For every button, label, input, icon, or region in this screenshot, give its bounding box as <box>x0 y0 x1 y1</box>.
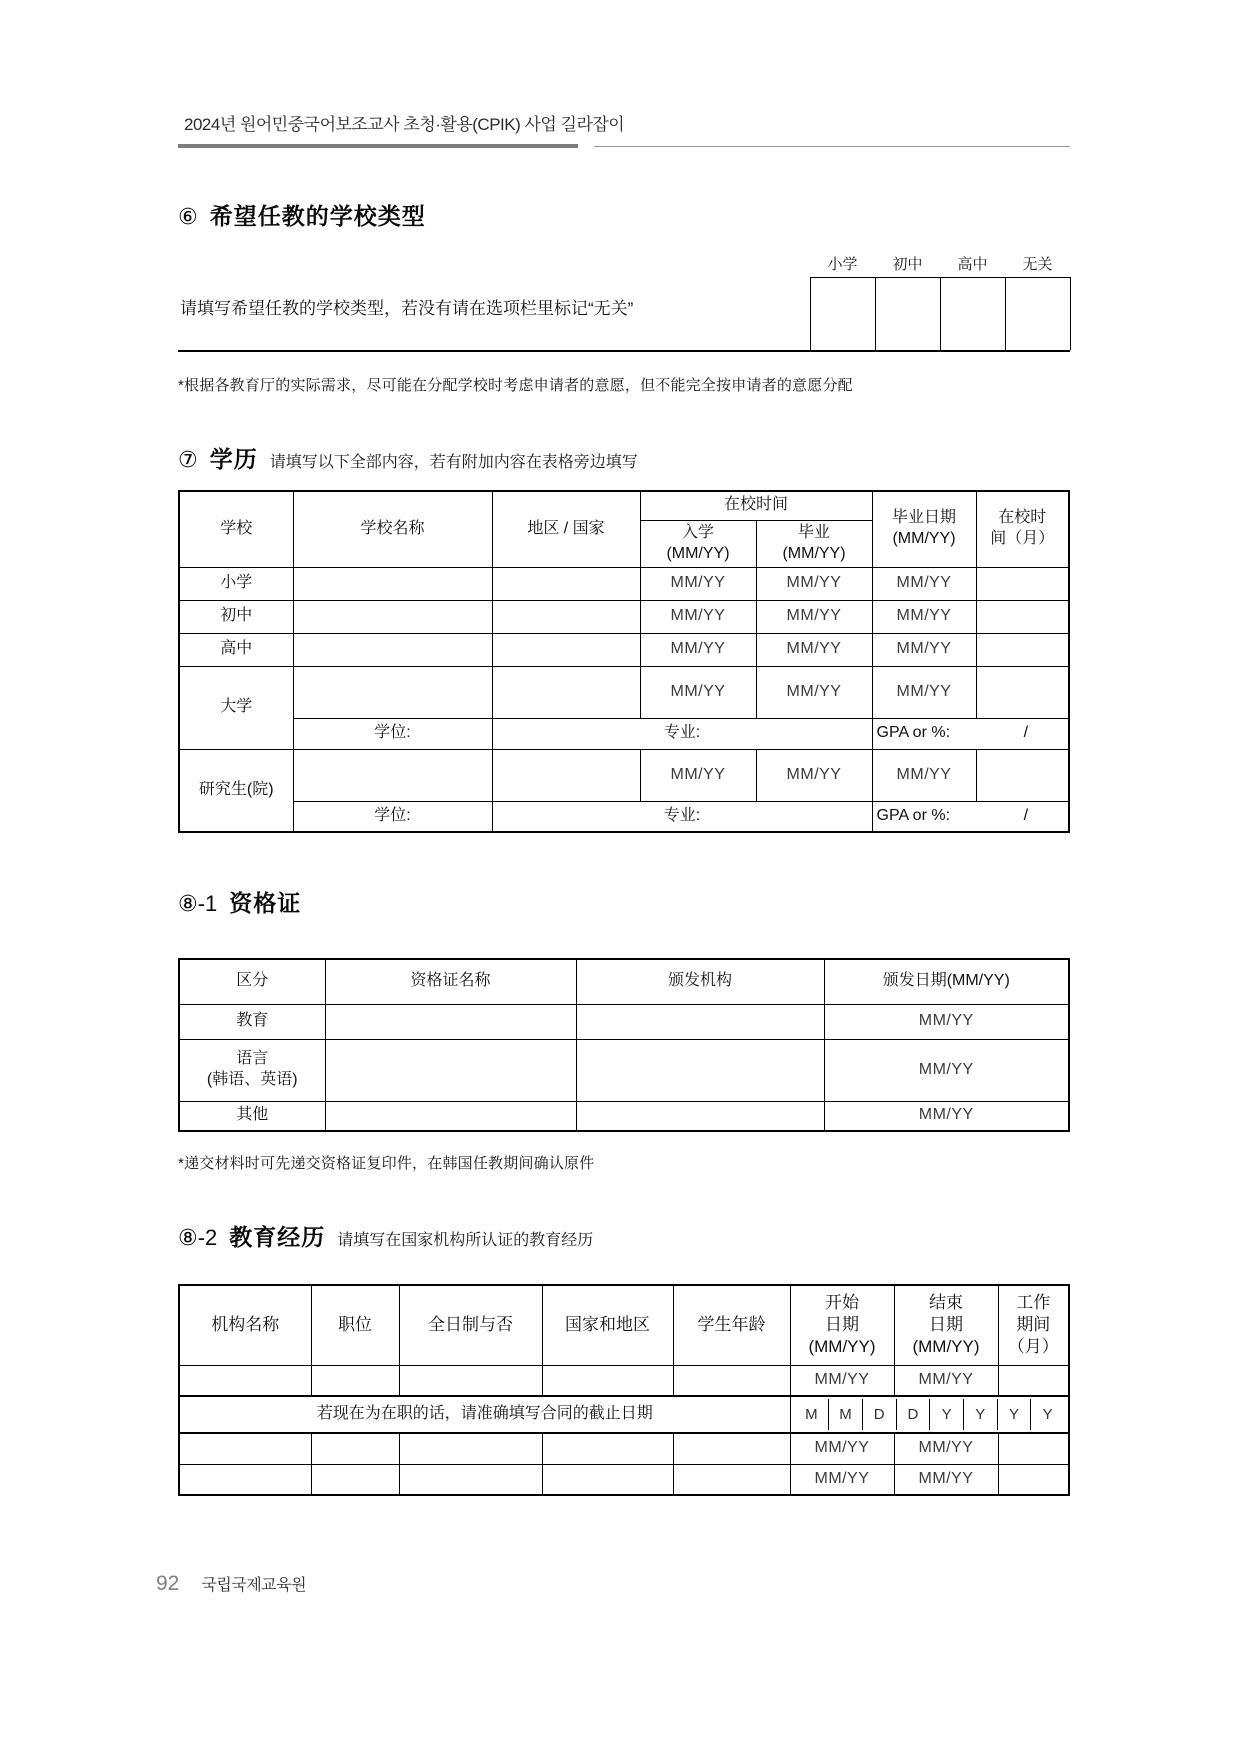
section8-2-number: ⑧-2 <box>178 1225 217 1251</box>
edu-university-degree-field: 学位: <box>293 718 492 749</box>
edu-header-entry: 入学 (MM/YY) <box>640 521 756 568</box>
section6-title: ⑥ 希望任教的学校类型 <box>178 198 1070 231</box>
cert-row-other: 其他 MM/YY <box>179 1101 1069 1131</box>
school-preference-options: 小学 初中 高中 无关 <box>810 253 1070 350</box>
cert-label-language: 语言 (韩语、英语) <box>179 1039 325 1101</box>
page-footer: 92 국립국제교육원 <box>156 1572 306 1596</box>
section6-heading: 希望任教的学校类型 <box>210 198 426 231</box>
section7-subtitle: 请填写以下全部内容，若有附加内容在表格旁边填写 <box>270 449 638 472</box>
document-title: 2024년 원어민중국어보조교사 초청·활용(CPIK) 사업 길라잡이 <box>178 110 1070 135</box>
edu-row-university: 大学 MM/YY MM/YY MM/YY <box>179 666 1069 718</box>
edu-elementary-grad-date-field: MM/YY <box>872 567 976 600</box>
edu-elementary-name-field <box>293 567 492 600</box>
option-label-none: 无关 <box>1005 253 1070 277</box>
edu-graduate-name-field <box>293 749 492 801</box>
edu-header-region: 地区 / 国家 <box>492 491 640 568</box>
exp-header-position: 职位 <box>311 1285 399 1365</box>
section7-number: ⑦ <box>178 447 198 473</box>
edu-university-grad-date-field: MM/YY <box>872 666 976 718</box>
exp-header-row: 机构名称 职位 全日制与否 国家和地区 学生年龄 开始 日期 (MM/YY) 结… <box>179 1285 1069 1365</box>
option-label-elementary: 小学 <box>810 253 875 277</box>
cert-language-date-field: MM/YY <box>824 1039 1069 1101</box>
edu-elementary-months-field <box>976 567 1069 600</box>
exp-header-fulltime: 全日制与否 <box>399 1285 542 1365</box>
cert-header-issue-date: 颁发日期(MM/YY) <box>824 959 1069 1004</box>
edu-header-period: 在校时间 <box>640 491 872 521</box>
cert-header-name: 资格证名称 <box>325 959 576 1004</box>
edu-university-gpa-field: GPA or %: / <box>872 718 1069 749</box>
exp-header-country: 国家和地区 <box>542 1285 673 1365</box>
exp-row3-start-field: MM/YY <box>790 1464 894 1495</box>
school-preference-instruction: 请填写希望任教的学校类型，若没有请在选项栏里标记“无关” <box>178 253 810 350</box>
edu-elementary-grad-field: MM/YY <box>756 567 872 600</box>
exp-row3-end-field: MM/YY <box>894 1464 998 1495</box>
option-cell-none <box>1006 278 1071 350</box>
cert-row-language: 语言 (韩语、英语) MM/YY <box>179 1039 1069 1101</box>
exp-header-end-date: 结束 日期 (MM/YY) <box>894 1285 998 1365</box>
exp-header-org: 机构名称 <box>179 1285 311 1365</box>
edu-university-major-field: 专业: <box>492 718 872 749</box>
option-label-high: 高中 <box>940 253 1005 277</box>
section7-heading: 学历 <box>210 441 258 474</box>
exp-header-student-age: 学生年龄 <box>673 1285 790 1365</box>
edu-university-entry-field: MM/YY <box>640 666 756 718</box>
contract-date-cell-y4: Y <box>1030 1399 1064 1430</box>
edu-row-elementary: 小学 MM/YY MM/YY MM/YY <box>179 567 1069 600</box>
edu-label-elementary: 小学 <box>179 567 293 600</box>
edu-middle-region-field <box>492 600 640 633</box>
section8-1-title: ⑧-1 资格证 <box>178 885 1070 918</box>
edu-middle-name-field <box>293 600 492 633</box>
edu-graduate-gpa-slash: / <box>1024 806 1028 827</box>
school-option-table <box>810 277 1071 350</box>
exp-row3-position-field <box>311 1464 399 1495</box>
certificate-table: 区分 资格证名称 颁发机构 颁发日期(MM/YY) 教育 MM/YY 语言 (韩… <box>178 958 1070 1132</box>
header-divider <box>178 144 1070 148</box>
cert-label-education: 教育 <box>179 1004 325 1039</box>
exp-contract-note: 若现在为在职的话，请准确填写合同的截止日期 <box>179 1396 790 1433</box>
exp-contract-date-cells: M M D D Y Y Y Y <box>790 1396 1069 1433</box>
edu-header-months: 在校时 间（月） <box>976 491 1069 568</box>
section8-1-number: ⑧-1 <box>178 891 217 917</box>
edu-middle-grad-date-field: MM/YY <box>872 600 976 633</box>
exp-row-2: MM/YY MM/YY <box>179 1433 1069 1464</box>
contract-date-cell-m2: M <box>828 1399 862 1430</box>
edu-university-months-field <box>976 666 1069 718</box>
exp-row1-student-age-field <box>673 1365 790 1396</box>
edu-high-name-field <box>293 633 492 666</box>
exp-header-months: 工作 期间 （月） <box>998 1285 1069 1365</box>
section6-footnote: *根据各教育厅的实际需求，尽可能在分配学校时考虑申请者的意愿，但不能完全按申请者… <box>178 374 1070 395</box>
exp-row1-start-field: MM/YY <box>790 1365 894 1396</box>
header-rule-thick <box>178 144 578 148</box>
cert-education-issuer-field <box>576 1004 824 1039</box>
edu-high-months-field <box>976 633 1069 666</box>
edu-row-graduate: 研究生(院) MM/YY MM/YY MM/YY <box>179 749 1069 801</box>
edu-elementary-entry-field: MM/YY <box>640 567 756 600</box>
edu-header-school: 学校 <box>179 491 293 568</box>
exp-header-start-date: 开始 日期 (MM/YY) <box>790 1285 894 1365</box>
option-label-middle: 初中 <box>875 253 940 277</box>
exp-row3-fulltime-field <box>399 1464 542 1495</box>
edu-graduate-gpa-label: GPA or %: <box>877 806 951 827</box>
edu-graduate-grad-date-field: MM/YY <box>872 749 976 801</box>
option-cell-high <box>941 278 1006 350</box>
exp-row2-end-field: MM/YY <box>894 1433 998 1464</box>
exp-row-1: MM/YY MM/YY <box>179 1365 1069 1396</box>
exp-row2-months-field <box>998 1433 1069 1464</box>
school-option-cells <box>811 278 1071 350</box>
section8-2-title: ⑧-2 教育经历 请填写在国家机构所认证的教育经历 <box>178 1219 1070 1252</box>
cert-header-row: 区分 资格证名称 颁发机构 颁发日期(MM/YY) <box>179 959 1069 1004</box>
edu-university-gpa-label: GPA or %: <box>877 723 951 744</box>
page-number: 92 <box>156 1572 179 1596</box>
edu-row-middle: 初中 MM/YY MM/YY MM/YY <box>179 600 1069 633</box>
edu-graduate-degree-field: 学位: <box>293 801 492 832</box>
section8-1-heading: 资格证 <box>229 885 301 918</box>
edu-university-gpa-slash: / <box>1024 723 1028 744</box>
page-content: 2024년 원어민중국어보조교사 초청·활용(CPIK) 사업 길라잡이 ⑥ 希… <box>178 0 1070 1496</box>
section8-2-subtitle: 请填写在国家机构所认证的教育经历 <box>337 1227 593 1250</box>
cert-row-education: 教育 MM/YY <box>179 1004 1069 1039</box>
edu-graduate-grad-field: MM/YY <box>756 749 872 801</box>
school-option-labels: 小学 初中 高中 无关 <box>810 253 1070 277</box>
education-history-table: 学校 学校名称 地区 / 国家 在校时间 毕业日期 (MM/YY) 在校时 间（… <box>178 490 1070 834</box>
edu-label-university: 大学 <box>179 666 293 749</box>
contract-date-cell-d2: D <box>896 1399 930 1430</box>
exp-row-3: MM/YY MM/YY <box>179 1464 1069 1495</box>
contract-date-cell-y1: Y <box>929 1399 963 1430</box>
exp-row2-student-age-field <box>673 1433 790 1464</box>
contract-date-cell-d1: D <box>862 1399 896 1430</box>
section8-2-heading: 教育经历 <box>229 1219 325 1252</box>
edu-row-university-detail: 学位: 专业: GPA or %: / <box>179 718 1069 749</box>
exp-row2-position-field <box>311 1433 399 1464</box>
edu-graduate-major-field: 专业: <box>492 801 872 832</box>
cert-label-other: 其他 <box>179 1101 325 1131</box>
cert-other-issuer-field <box>576 1101 824 1131</box>
cert-header-category: 区分 <box>179 959 325 1004</box>
exp-row3-months-field <box>998 1464 1069 1495</box>
school-preference-row: 请填写希望任教的学校类型，若没有请在选项栏里标记“无关” 小学 初中 高中 无关 <box>178 253 1070 352</box>
contract-date-cell-y3: Y <box>997 1399 1031 1430</box>
edu-high-grad-field: MM/YY <box>756 633 872 666</box>
edu-graduate-entry-field: MM/YY <box>640 749 756 801</box>
edu-university-region-field <box>492 666 640 718</box>
edu-row-high: 高中 MM/YY MM/YY MM/YY <box>179 633 1069 666</box>
edu-elementary-region-field <box>492 567 640 600</box>
edu-header-graduation: 毕业 (MM/YY) <box>756 521 872 568</box>
cert-education-name-field <box>325 1004 576 1039</box>
edu-row-graduate-detail: 学位: 专业: GPA or %: / <box>179 801 1069 832</box>
option-cell-middle <box>876 278 941 350</box>
edu-header-row-1: 学校 学校名称 地区 / 国家 在校时间 毕业日期 (MM/YY) 在校时 间（… <box>179 491 1069 521</box>
edu-high-region-field <box>492 633 640 666</box>
edu-high-grad-date-field: MM/YY <box>872 633 976 666</box>
edu-graduate-months-field <box>976 749 1069 801</box>
school-preference-block: 请填写希望任教的学校类型，若没有请在选项栏里标记“无关” 小学 初中 高中 无关 <box>178 253 1070 395</box>
exp-row1-fulltime-field <box>399 1365 542 1396</box>
edu-middle-entry-field: MM/YY <box>640 600 756 633</box>
exp-row2-start-field: MM/YY <box>790 1433 894 1464</box>
exp-row1-country-field <box>542 1365 673 1396</box>
exp-row1-position-field <box>311 1365 399 1396</box>
edu-university-grad-field: MM/YY <box>756 666 872 718</box>
edu-label-graduate: 研究生(院) <box>179 749 293 832</box>
section8-1-footnote: *递交材料时可先递交资格证复印件，在韩国任教期间确认原件 <box>178 1152 1070 1173</box>
contract-date-cell-y2: Y <box>963 1399 997 1430</box>
section7-title: ⑦ 学历 请填写以下全部内容，若有附加内容在表格旁边填写 <box>178 441 1070 474</box>
exp-row2-fulltime-field <box>399 1433 542 1464</box>
cert-label-language-line1: 语言 <box>184 1049 321 1070</box>
exp-row2-org-field <box>179 1433 311 1464</box>
option-cell-elementary <box>811 278 876 350</box>
cert-language-issuer-field <box>576 1039 824 1101</box>
edu-middle-grad-field: MM/YY <box>756 600 872 633</box>
edu-header-school-name: 学校名称 <box>293 491 492 568</box>
exp-contract-row: 若现在为在职的话，请准确填写合同的截止日期 M M D D Y Y Y Y <box>179 1396 1069 1433</box>
edu-university-name-field <box>293 666 492 718</box>
section6-number: ⑥ <box>178 204 198 230</box>
exp-row3-student-age-field <box>673 1464 790 1495</box>
cert-header-issuer: 颁发机构 <box>576 959 824 1004</box>
contract-date-cell-m1: M <box>795 1399 829 1430</box>
cert-education-date-field: MM/YY <box>824 1004 1069 1039</box>
exp-row1-months-field <box>998 1365 1069 1396</box>
exp-row2-country-field <box>542 1433 673 1464</box>
exp-row3-country-field <box>542 1464 673 1495</box>
exp-row3-org-field <box>179 1464 311 1495</box>
cert-language-name-field <box>325 1039 576 1101</box>
edu-label-middle: 初中 <box>179 600 293 633</box>
exp-row1-end-field: MM/YY <box>894 1365 998 1396</box>
cert-other-name-field <box>325 1101 576 1131</box>
header-rule-thin <box>594 146 1070 147</box>
edu-graduate-region-field <box>492 749 640 801</box>
cert-label-language-line2: (韩语、英语) <box>184 1070 321 1091</box>
edu-graduate-gpa-field: GPA or %: / <box>872 801 1069 832</box>
edu-middle-months-field <box>976 600 1069 633</box>
exp-row1-org-field <box>179 1365 311 1396</box>
teaching-experience-table: 机构名称 职位 全日制与否 国家和地区 学生年龄 开始 日期 (MM/YY) 结… <box>178 1284 1070 1496</box>
edu-header-grad-date: 毕业日期 (MM/YY) <box>872 491 976 568</box>
footer-organization: 국립국제교육원 <box>201 1572 306 1595</box>
cert-other-date-field: MM/YY <box>824 1101 1069 1131</box>
edu-label-high: 高中 <box>179 633 293 666</box>
edu-high-entry-field: MM/YY <box>640 633 756 666</box>
page-header: 2024년 원어민중국어보조교사 초청·활용(CPIK) 사업 길라잡이 <box>178 110 1070 148</box>
